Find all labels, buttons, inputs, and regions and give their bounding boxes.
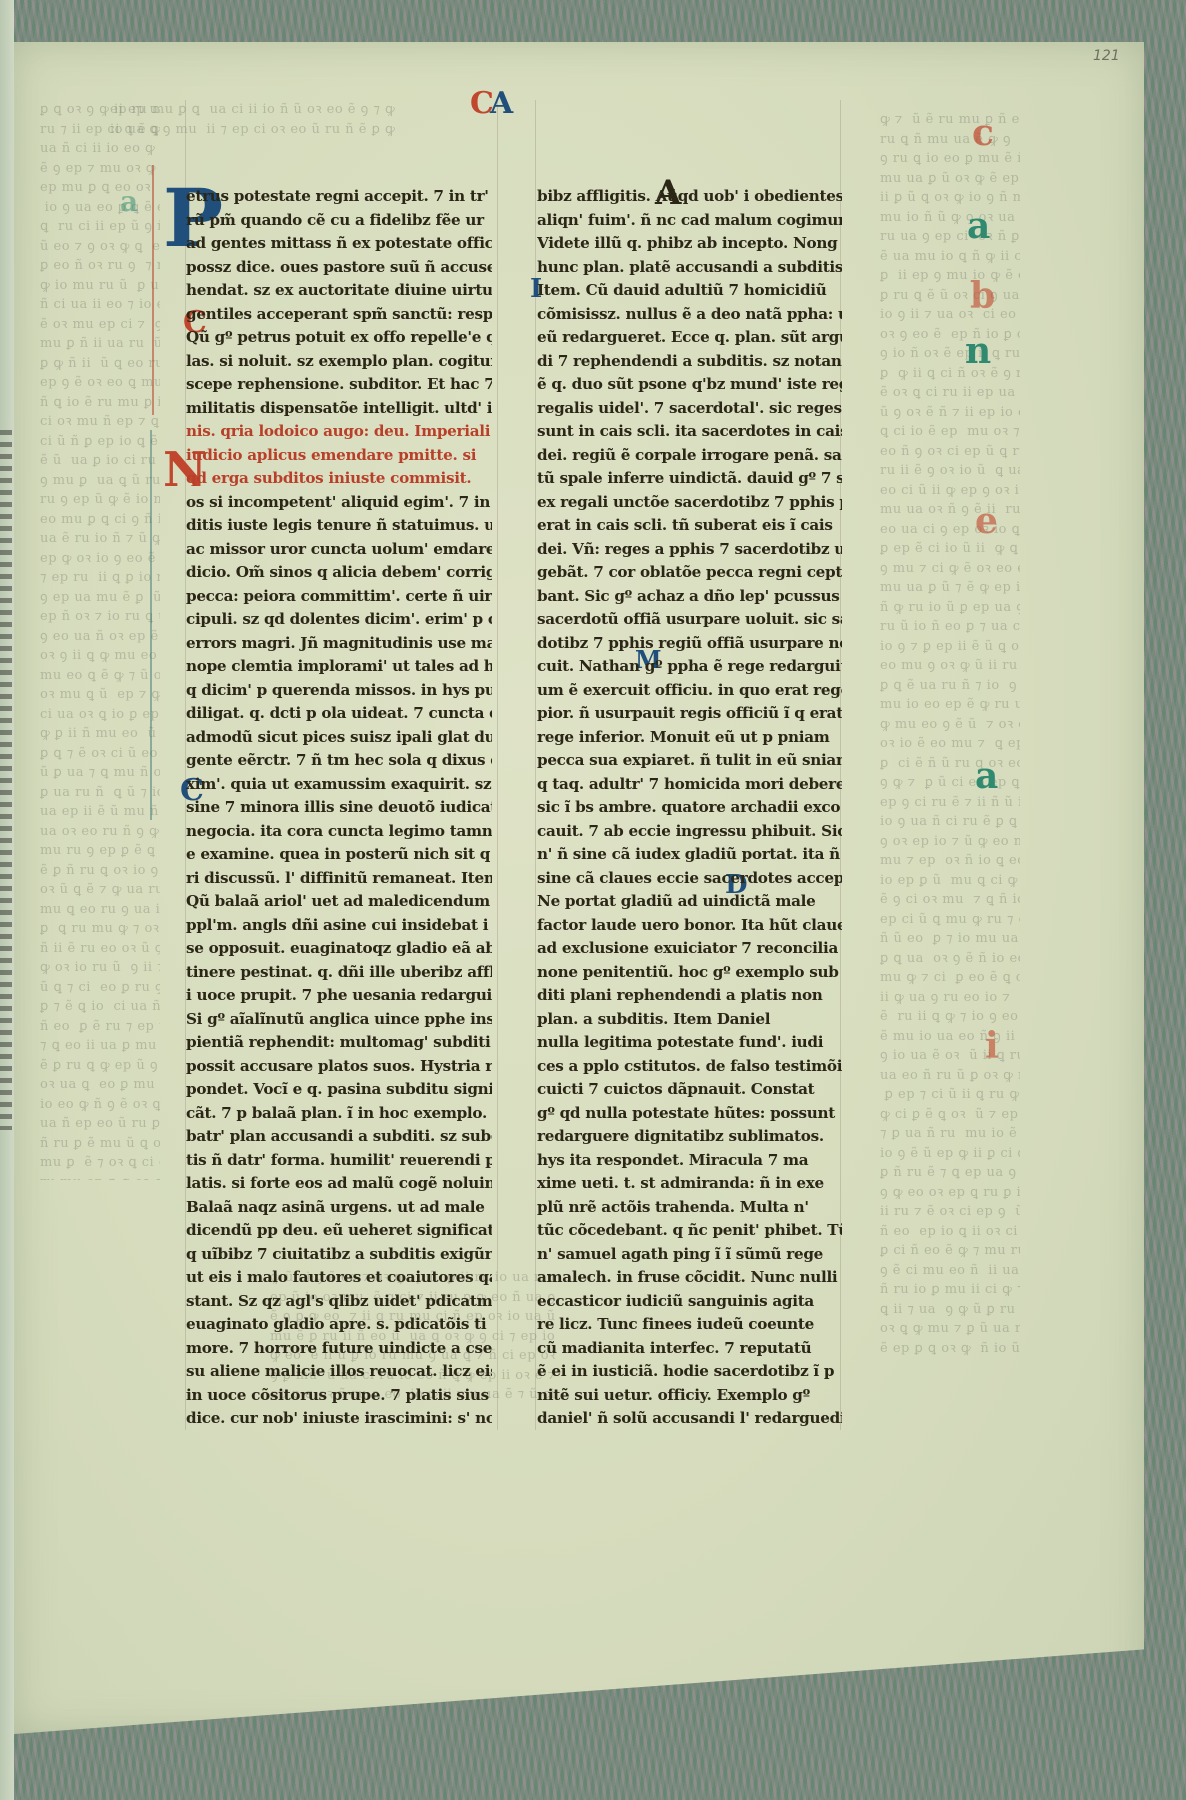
text-line: plan. a subditis. Item Daniel	[537, 1008, 842, 1032]
text-line: scepe rephensione. subditor. Et hac 7 hu	[186, 373, 492, 397]
text-line: su aliene malicie illos reuocat. licz ei…	[186, 1360, 492, 1384]
text-line: eũ redargueret. Ecce q. plan. sũt argue	[537, 326, 842, 350]
text-line: os si incompetent' aliquid egim'. 7 in s…	[186, 491, 492, 515]
text-line: stant. Sz qz agl's qlibz uidet' pdicatm	[186, 1290, 492, 1314]
ruling-line	[497, 100, 498, 1430]
text-column-right: bibz affligitis. Aũqd uob' i obedientesa…	[537, 185, 842, 1431]
text-line: bant. Sic gº achaz a dño lep' pcussus ẽ …	[537, 585, 842, 609]
text-line: qd erga subditos iniuste commisit.	[186, 467, 492, 491]
text-line: pondet. Vocĩ e q. pasina subditu signifi	[186, 1078, 492, 1102]
text-line: dicio. Om̃ sinos q alicia debem' corrige…	[186, 561, 492, 585]
text-line: possz dice. oues pastore suũ ñ accusent.…	[186, 256, 492, 280]
text-line: sunt in cais scli. ita sacerdotes in cai…	[537, 420, 842, 444]
text-line: nope clemtia implorami' ut tales ad hec	[186, 655, 492, 679]
text-line: ad gentes mittass ñ ex potestate officiy…	[186, 232, 492, 256]
text-line: gentiles acceperant spm̃ sanctũ: respond…	[186, 303, 492, 327]
pen-flourish-red	[152, 165, 154, 415]
margin-letter-a: a	[967, 205, 990, 247]
text-line: nulla legitima potestate fund'. iudi	[537, 1031, 842, 1055]
text-line: cuicti 7 cuictos dãpnauit. Constat	[537, 1078, 842, 1102]
margin-letter-b: b	[970, 275, 995, 317]
text-line: cũ madianita interfec. 7 reputatũ	[537, 1337, 842, 1361]
text-line: daniel' ñ solũ accusandi l' redarguedi.	[537, 1407, 842, 1431]
text-line: pientiã rephendit: multomag' subditi	[186, 1031, 492, 1055]
text-line: nitẽ sui uetur. officiy. Exemplo gº	[537, 1384, 842, 1408]
text-line: Qũ balaã ariol' uet ad maledicendum	[186, 890, 492, 914]
text-line: plũ nrẽ actõis trahenda. Multa n'	[537, 1196, 842, 1220]
text-line: n' samuel agath ping ĩ ĩ sũmũ rege	[537, 1243, 842, 1267]
text-line: more. 7 horrore future uindicte a cse	[186, 1337, 492, 1361]
text-line: ut eis i malo fautores et coaiutores qa	[186, 1266, 492, 1290]
margin-letter-n: n	[965, 330, 991, 372]
text-line: factor laude uero bonor. Ita hũt claues	[537, 914, 842, 938]
text-line: e examine. quea in posterũ nich sit q ex…	[186, 843, 492, 867]
show-through-text-left: ꝑ ꝗ oꝛ ꝯ ꝙ ii ep ua ẽ ru ũ mu io ⁊ eo ñ …	[40, 100, 160, 1180]
text-line: ad exclusione exuiciator 7 reconcilia	[537, 937, 842, 961]
text-line: las. si noluit. sz exemplo plan. cogitur…	[186, 350, 492, 374]
margin-letter-c: c	[972, 112, 994, 154]
text-line: Si gº aĩalĩnutũ anglica uince pphe insi	[186, 1008, 492, 1032]
text-line: q taq. adultr' 7 homicida mori deberet.	[537, 773, 842, 797]
text-line: ppl'm. angls dñi asine cui insidebat i u…	[186, 914, 492, 938]
adjacent-page-text	[0, 430, 12, 1130]
text-line: euaginato gladio apre. s. pdicatõis ti	[186, 1313, 492, 1337]
text-line: gº qd nulla potestate hũtes: possunt	[537, 1102, 842, 1126]
text-line: hys ita respondet. Miracula 7 ma	[537, 1149, 842, 1173]
text-line: erat in cais scli. tñ suberat eis ĩ cais	[537, 514, 842, 538]
folio-number: 121	[1093, 48, 1120, 64]
text-line: in uoce cõsitorus prupe. 7 platis sius	[186, 1384, 492, 1408]
text-line: xim'. quia ut examussim exaquirit. sz	[186, 773, 492, 797]
show-through-text-right: ꝙ ⁊ ũ ẽ ru mu ꝑ ñ eo io ci ua ꝗ ep oꝛ ii…	[880, 110, 1020, 1360]
text-line: diligat. q. dcti p ola uideat. 7 cuncta …	[186, 702, 492, 726]
text-line: Item. Cũ dauid adultiũ 7 homicidiũ	[537, 279, 842, 303]
text-line: Balaã naqz asinã urgens. ut ad male	[186, 1196, 492, 1220]
text-line: bibz affligitis. Aũqd uob' i obedientes	[537, 185, 842, 209]
pen-flourish-green	[150, 430, 152, 820]
text-line: regalis uidel'. 7 sacerdotal'. sic reges…	[537, 397, 842, 421]
text-line: sine 7 minora illis sine deuotõ iudicata	[186, 796, 492, 820]
text-line: hunc plan. platẽ accusandi a subditis.	[537, 256, 842, 280]
text-line: sacerdotũ offiã usurpare uoluit. sic sac…	[537, 608, 842, 632]
text-line: cipuli. sz qd dolentes dicim'. erim' p c…	[186, 608, 492, 632]
text-line: diti plani rephendendi a platis non	[537, 984, 842, 1008]
text-line: pecca sua expiaret. ñ tulit in eũ sniam.	[537, 749, 842, 773]
text-line: dei. regiũ ẽ corpale irrogare penã. sace…	[537, 444, 842, 468]
text-line: cuit. Nathan gº ppha ẽ rege redarguit su	[537, 655, 842, 679]
text-line: cãt. 7 p balaã plan. ĩ in hoc exemplo. p	[186, 1102, 492, 1126]
text-line: tinere pestinat. q. dñi ille uberibz aff…	[186, 961, 492, 985]
text-line: ces a pplo cstitutos. de falso testimõio	[537, 1055, 842, 1079]
text-line: Ne portat gladiũ ad uindictã male	[537, 890, 842, 914]
running-header-letter-a: A	[490, 86, 513, 121]
text-line: cõmisissz. nullus ẽ a deo natã ppha: ut	[537, 303, 842, 327]
text-line: gebãt. 7 cor oblatõe pecca regni cepta	[537, 561, 842, 585]
text-line: iudicio aplicus emendare pmitte. si	[186, 444, 492, 468]
text-line: di 7 rephendendi a subditis. sz notand	[537, 350, 842, 374]
text-line: amalech. in fruse cõcidit. Nunc nulli	[537, 1266, 842, 1290]
text-line: aliqn' fuim'. ñ nc cad malum cogimur.	[537, 209, 842, 233]
text-line: dicendũ pp deu. eũ ueheret significat os…	[186, 1219, 492, 1243]
text-line: pecca: peiora committim'. certe ñ uirtat…	[186, 585, 492, 609]
text-line: um ẽ exercuit officiu. in quo erat rege …	[537, 679, 842, 703]
text-line: q dicim' p querenda missos. in hys pub:	[186, 679, 492, 703]
text-line: latis. si forte eos ad malũ cogẽ noluint…	[186, 1172, 492, 1196]
text-line: ex regali unctõe sacerdotibz 7 pphis p	[537, 491, 842, 515]
text-line: q uĩbibz 7 ciuitatibz a subditis exigũr.	[186, 1243, 492, 1267]
text-line: errors magri. Jñ magnitudinis use mag	[186, 632, 492, 656]
text-line: se opposuit. euaginatoqz gladio eã ab i	[186, 937, 492, 961]
text-line: admodũ sicut pices suisz ipali glat du	[186, 726, 492, 750]
text-line: Qũ gº petrus potuit ex offo repelle'e qr…	[186, 326, 492, 350]
text-column-left: etrus potestate regni accepit. 7 in tr' …	[186, 185, 492, 1431]
text-line: ditis iuste legis tenure ñ statuimus. ur…	[186, 514, 492, 538]
text-line: sic ĩ bs ambre. quatore archadii exco	[537, 796, 842, 820]
text-line: Videte illũ q. phibz ab incepto. Nong	[537, 232, 842, 256]
text-line: none penitentiũ. hoc gº exemplo sub	[537, 961, 842, 985]
text-line: xime ueti. t. st admiranda: ñ in exe	[537, 1172, 842, 1196]
text-line: tũc cõcedebant. q ñc penit' phibet. Tũc	[537, 1219, 842, 1243]
text-line: batr' plan accusandi a subditi. sz subdi	[186, 1125, 492, 1149]
text-line: negocia. ita cora cuncta legimo tamne	[186, 820, 492, 844]
text-line: n' ñ sine cã iudex gladiũ portat. ita ñ	[537, 843, 842, 867]
margin-letter-e: e	[975, 500, 998, 542]
text-line: gente eẽrctr. 7 ñ tm hec sola q dixus di	[186, 749, 492, 773]
text-line: eccasticor iudiciũ sanguinis agita	[537, 1290, 842, 1314]
text-line: ẽ q. duo sũt psone q'bz mund' iste regit…	[537, 373, 842, 397]
text-line: militatis dispensatõe intelligit. ultd' …	[186, 397, 492, 421]
text-line: dice. cur nob' iniuste irascimini: s' no…	[186, 1407, 492, 1431]
text-line: pior. ñ usurpauit regis officiũ ĩ q erat	[537, 702, 842, 726]
text-line: ẽ ei in iusticiã. hodie sacerdotibz ĩ p	[537, 1360, 842, 1384]
text-line: ac missor uror cuncta uolum' emdare in	[186, 538, 492, 562]
text-line: rege inferior. Monuit eũ ut p pniam	[537, 726, 842, 750]
margin-letter-a-left: a	[120, 185, 138, 218]
text-line: nis. qria lodoico augo: deu. Imperiali	[186, 420, 492, 444]
text-line: sine cã claues eccie sacerdotes accepiun…	[537, 867, 842, 891]
text-line: dei. Vñ: reges a pphis 7 sacerdotibz ur	[537, 538, 842, 562]
text-line: re licz. Tunc finees iudeũ coeunte	[537, 1313, 842, 1337]
text-line: i uoce prupit. 7 phe uesania redarguit.	[186, 984, 492, 1008]
text-line: ri discussũ. l' diffinitũ remaneat. Item…	[186, 867, 492, 891]
text-line: possit accusare platos suos. Hystria res	[186, 1055, 492, 1079]
text-line: hendat. sz ex auctoritate diuine uirtuti…	[186, 279, 492, 303]
running-header: CA	[470, 86, 513, 121]
text-line: dotibz 7 pphis regiũ offiã usurpare non …	[537, 632, 842, 656]
text-line: tis ñ datr' forma. humilit' reuerendi p	[186, 1149, 492, 1173]
text-line: redarguere dignitatibz sublimatos.	[537, 1125, 842, 1149]
text-line: cauit. 7 ab eccie ingressu phibuit. Sic	[537, 820, 842, 844]
text-line: tũ spale inferre uindictã. dauid gº 7 si	[537, 467, 842, 491]
margin-letter-i: i	[985, 1025, 999, 1067]
text-line: rũ pm̃ quando cẽ cu a fidelibz fẽe ur	[186, 209, 492, 233]
text-line: etrus potestate regni accepit. 7 in tr' …	[186, 185, 492, 209]
margin-letter-a2: a	[975, 755, 998, 797]
